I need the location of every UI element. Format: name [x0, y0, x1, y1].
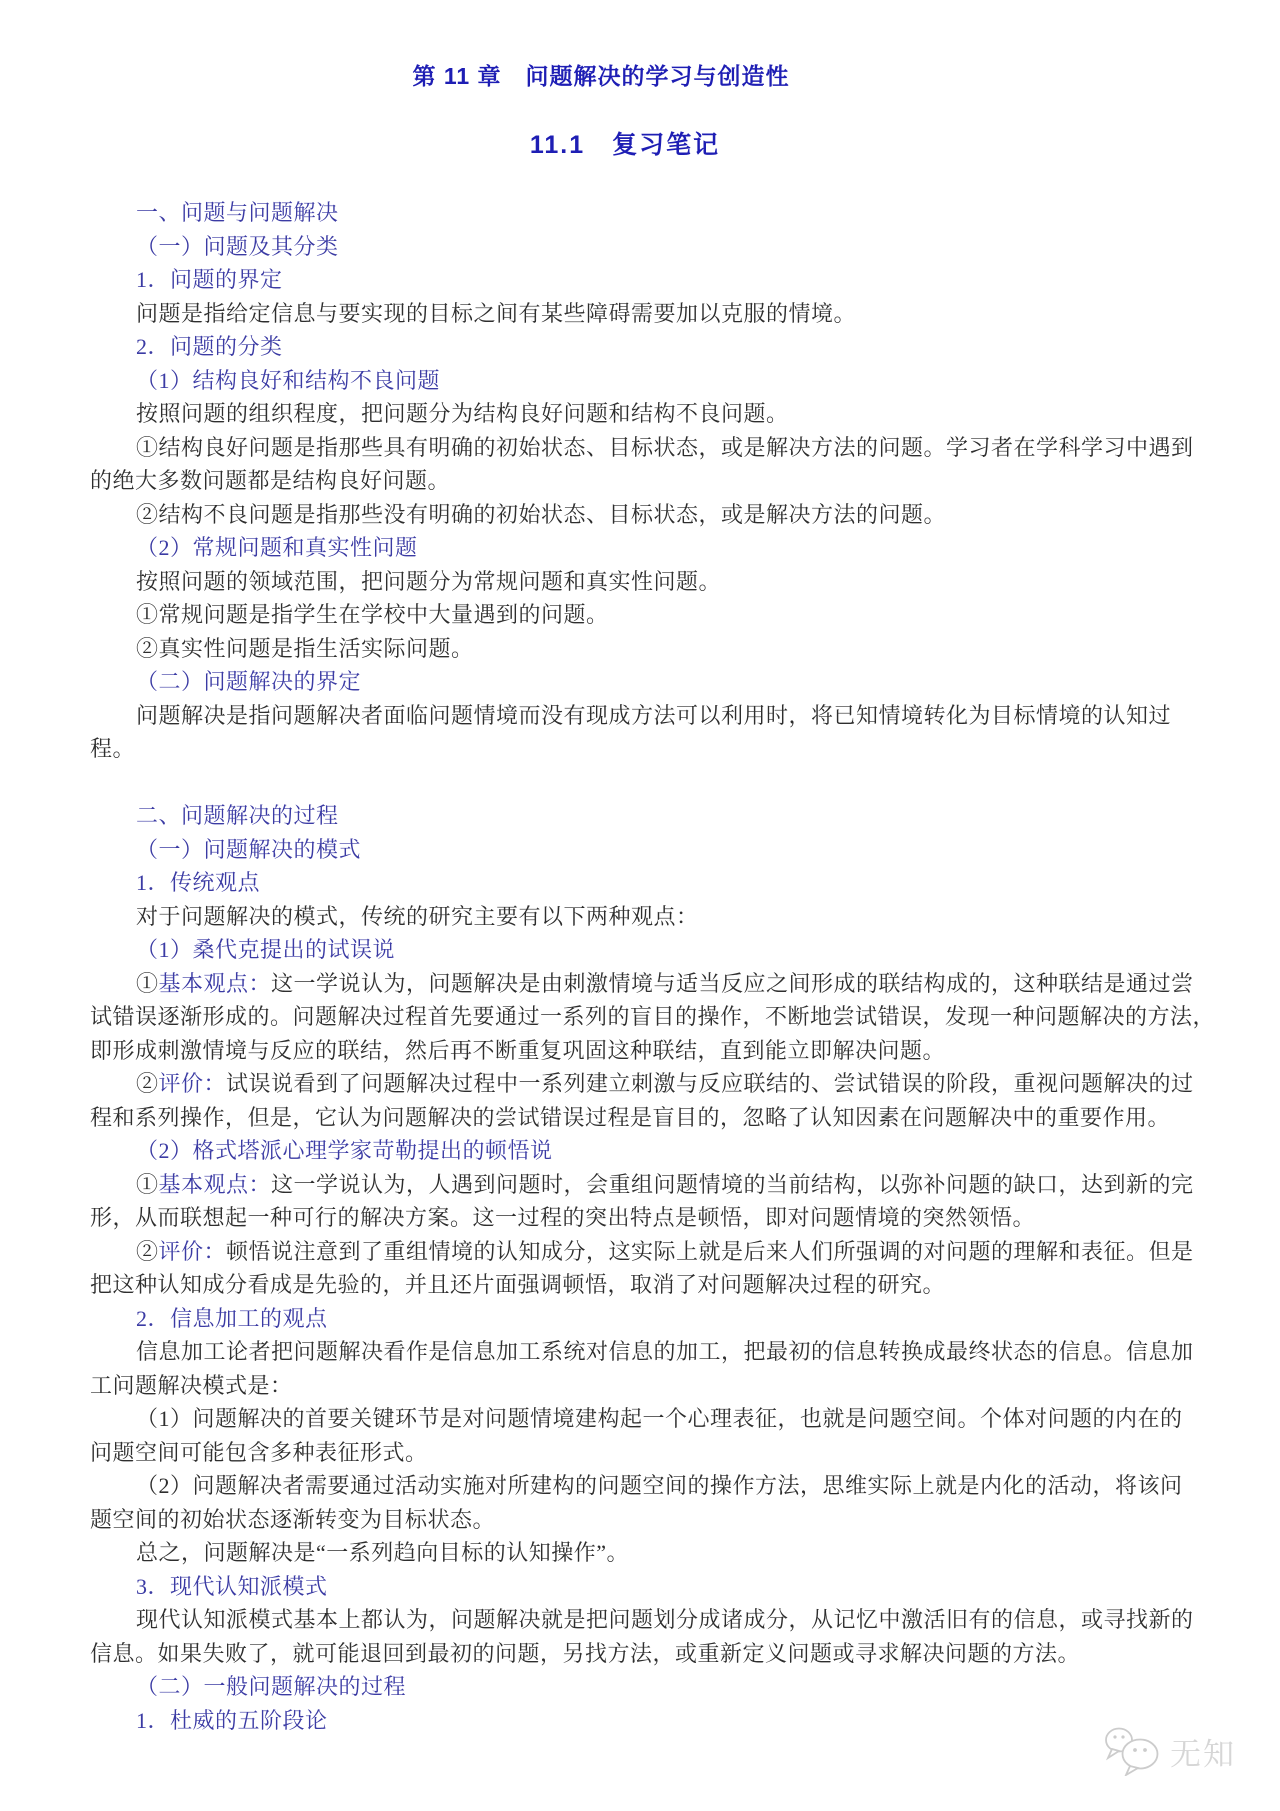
line-text: 按照问题的组织程度，把问题分为结构良好问题和结构不良问题。 [136, 401, 789, 426]
lead-label: 基本观点： [159, 1172, 272, 1197]
line-text: （2）格式塔派心理学家苛勒提出的顿悟说 [136, 1138, 553, 1163]
line-text: 信息。如果失败了，就可能退回到最初的问题，另找方法，或重新定义问题或寻求解决问题… [90, 1641, 1080, 1666]
line-text: 一、问题与问题解决 [136, 200, 339, 225]
line-text: ①常规问题是指学生在学校中大量遇到的问题。 [136, 602, 609, 627]
heading-line: （二）一般问题解决的过程 [0, 1670, 1280, 1704]
heading-line: 2．问题的分类 [0, 330, 1280, 364]
line-text: 按照问题的领域范围，把问题分为常规问题和真实性问题。 [136, 569, 721, 594]
text-line: ①结构良好问题是指那些具有明确的初始状态、目标状态，或是解决方法的问题。学习者在… [0, 431, 1280, 465]
line-text: （二）一般问题解决的过程 [136, 1674, 406, 1699]
text-line: ②评价：试误说看到了问题解决过程中一系列建立刺激与反应联结的、尝试错误的阶段，重… [0, 1067, 1280, 1101]
heading-line: （一）问题及其分类 [0, 230, 1280, 264]
line-text: 把这种认知成分看成是先验的，并且还片面强调顿悟，取消了对问题解决过程的研究。 [90, 1272, 945, 1297]
circled-number: ① [136, 971, 159, 996]
text-line: ②结构不良问题是指那些没有明确的初始状态、目标状态，或是解决方法的问题。 [0, 498, 1280, 532]
text-line: 程和系列操作，但是，它认为问题解决的尝试错误过程是盲目的，忽略了认知因素在问题解… [0, 1101, 1280, 1135]
line-text: 这一学说认为，问题解决是由刺激情境与适当反应之间形成的联结构成的，这种联结是通过… [271, 971, 1194, 996]
line-text: 问题解决是指问题解决者面临问题情境而没有现成方法可以利用时，将已知情境转化为目标… [136, 703, 1171, 728]
heading-line: 2．信息加工的观点 [0, 1302, 1280, 1336]
lead-label: 基本观点： [159, 971, 272, 996]
lead-label: 评价： [159, 1239, 227, 1264]
circled-number: ② [136, 1239, 159, 1264]
text-line: 形，从而联想起一种可行的解决方案。这一过程的突出特点是顿悟，即对问题情境的突然领… [0, 1201, 1280, 1235]
text-line: 对于问题解决的模式，传统的研究主要有以下两种观点： [0, 900, 1280, 934]
blank-line [0, 766, 1280, 800]
line-text: 1．杜威的五阶段论 [136, 1708, 328, 1733]
line-text: （2）常规问题和真实性问题 [136, 535, 418, 560]
text-line: 按照问题的领域范围，把问题分为常规问题和真实性问题。 [0, 565, 1280, 599]
line-text: 工问题解决模式是： [90, 1373, 293, 1398]
heading-line: 3．现代认知派模式 [0, 1570, 1280, 1604]
line-text: （一）问题解决的模式 [136, 837, 361, 862]
line-text: ①结构良好问题是指那些具有明确的初始状态、目标状态，或是解决方法的问题。学习者在… [136, 435, 1194, 460]
lead-label: 评价： [159, 1071, 227, 1096]
heading-line: 一、问题与问题解决 [0, 196, 1280, 230]
text-line: 工问题解决模式是： [0, 1369, 1280, 1403]
line-text: ②真实性问题是指生活实际问题。 [136, 636, 474, 661]
heading-line: （2）格式塔派心理学家苛勒提出的顿悟说 [0, 1134, 1280, 1168]
watermark-text: 无知 [1170, 1729, 1236, 1774]
text-line: 总之，问题解决是“一系列趋向目标的认知操作”。 [0, 1536, 1280, 1570]
line-text: 二、问题解决的过程 [136, 803, 339, 828]
line-text: 信息加工论者把问题解决看作是信息加工系统对信息的加工，把最初的信息转换成最终状态… [136, 1339, 1194, 1364]
line-text: 2．信息加工的观点 [136, 1306, 328, 1331]
text-line: 问题解决是指问题解决者面临问题情境而没有现成方法可以利用时，将已知情境转化为目标… [0, 699, 1280, 733]
line-text: 问题是指给定信息与要实现的目标之间有某些障碍需要加以克服的情境。 [136, 301, 856, 326]
heading-line: （1）结构良好和结构不良问题 [0, 364, 1280, 398]
line-text: 程。 [90, 736, 135, 761]
line-text: 1．问题的界定 [136, 267, 283, 292]
text-line: 即形成刺激情境与反应的联结，然后再不断重复巩固这种联结，直到能立即解决问题。 [0, 1034, 1280, 1068]
line-text: 问题空间可能包含多种表征形式。 [90, 1440, 428, 1465]
text-line: 试错误逐渐形成的。问题解决过程首先要通过一系列的盲目的操作，不断地尝试错误，发现… [0, 1000, 1280, 1034]
line-text: 1．传统观点 [136, 870, 260, 895]
line-text: 顿悟说注意到了重组情境的认知成分，这实际上就是后来人们所强调的对问题的理解和表征… [226, 1239, 1194, 1264]
watermark: 无知 [1103, 1726, 1236, 1776]
line-text: 程和系列操作，但是，它认为问题解决的尝试错误过程是盲目的，忽略了认知因素在问题解… [90, 1105, 1170, 1130]
text-line: 信息。如果失败了，就可能退回到最初的问题，另找方法，或重新定义问题或寻求解决问题… [0, 1637, 1280, 1671]
text-line: ①常规问题是指学生在学校中大量遇到的问题。 [0, 598, 1280, 632]
document-page: 第 11 章 问题解决的学习与创造性 11.1 复习笔记 一、问题与问题解决（一… [0, 0, 1280, 1811]
text-line: 题空间的初始状态逐渐转变为目标状态。 [0, 1503, 1280, 1537]
line-text: （二）问题解决的界定 [136, 669, 361, 694]
heading-line: 二、问题解决的过程 [0, 799, 1280, 833]
text-line: （2）问题解决者需要通过活动实施对所建构的问题空间的操作方法，思维实际上就是内化… [0, 1469, 1280, 1503]
text-line: 把这种认知成分看成是先验的，并且还片面强调顿悟，取消了对问题解决过程的研究。 [0, 1268, 1280, 1302]
line-text: ②结构不良问题是指那些没有明确的初始状态、目标状态，或是解决方法的问题。 [136, 502, 946, 527]
line-text: 形，从而联想起一种可行的解决方案。这一过程的突出特点是顿悟，即对问题情境的突然领… [90, 1205, 1035, 1230]
line-text: （1）结构良好和结构不良问题 [136, 368, 440, 393]
text-line: （1）问题解决的首要关键环节是对问题情境建构起一个心理表征，也就是问题空间。个体… [0, 1402, 1280, 1436]
heading-line: 1．问题的界定 [0, 263, 1280, 297]
line-text: （一）问题及其分类 [136, 234, 339, 259]
heading-line: （2）常规问题和真实性问题 [0, 531, 1280, 565]
heading-line: （1）桑代克提出的试误说 [0, 933, 1280, 967]
text-line: 问题空间可能包含多种表征形式。 [0, 1436, 1280, 1470]
heading-line: 1．杜威的五阶段论 [0, 1704, 1280, 1738]
line-text: （1）问题解决的首要关键环节是对问题情境建构起一个心理表征，也就是问题空间。个体… [136, 1406, 1183, 1431]
text-line: 问题是指给定信息与要实现的目标之间有某些障碍需要加以克服的情境。 [0, 297, 1280, 331]
chapter-title: 第 11 章 问题解决的学习与创造性 [412, 58, 789, 91]
line-text: 这一学说认为，人遇到问题时，会重组问题情境的当前结构，以弥补问题的缺口，达到新的… [271, 1172, 1194, 1197]
line-text: 3．现代认知派模式 [136, 1574, 328, 1599]
line-text: 试误说看到了问题解决过程中一系列建立刺激与反应联结的、尝试错误的阶段，重视问题解… [226, 1071, 1194, 1096]
line-text: 的绝大多数问题都是结构良好问题。 [90, 468, 450, 493]
text-line: 现代认知派模式基本上都认为，问题解决就是把问题划分成诸成分，从记忆中激活旧有的信… [0, 1603, 1280, 1637]
text-line: 按照问题的组织程度，把问题分为结构良好问题和结构不良问题。 [0, 397, 1280, 431]
text-line: 程。 [0, 732, 1280, 766]
text-line: ①基本观点：这一学说认为，人遇到问题时，会重组问题情境的当前结构，以弥补问题的缺… [0, 1168, 1280, 1202]
line-text: 总之，问题解决是“一系列趋向目标的认知操作”。 [136, 1540, 629, 1565]
chat-bubbles-icon [1103, 1726, 1161, 1776]
circled-number: ① [136, 1172, 159, 1197]
text-line: 信息加工论者把问题解决看作是信息加工系统对信息的加工，把最初的信息转换成最终状态… [0, 1335, 1280, 1369]
text-line: ②真实性问题是指生活实际问题。 [0, 632, 1280, 666]
text-line: ②评价：顿悟说注意到了重组情境的认知成分，这实际上就是后来人们所强调的对问题的理… [0, 1235, 1280, 1269]
heading-line: 1．传统观点 [0, 866, 1280, 900]
line-text: （2）问题解决者需要通过活动实施对所建构的问题空间的操作方法，思维实际上就是内化… [136, 1473, 1183, 1498]
line-text: 即形成刺激情境与反应的联结，然后再不断重复巩固这种联结，直到能立即解决问题。 [90, 1038, 945, 1063]
line-text: 对于问题解决的模式，传统的研究主要有以下两种观点： [136, 904, 699, 929]
text-line: ①基本观点：这一学说认为，问题解决是由刺激情境与适当反应之间形成的联结构成的，这… [0, 967, 1280, 1001]
heading-line: （二）问题解决的界定 [0, 665, 1280, 699]
line-text: 试错误逐渐形成的。问题解决过程首先要通过一系列的盲目的操作，不断地尝试错误，发现… [90, 1004, 1215, 1029]
document-body: 一、问题与问题解决（一）问题及其分类1．问题的界定问题是指给定信息与要实现的目标… [0, 196, 1280, 1737]
section-title: 11.1 复习笔记 [530, 125, 720, 161]
heading-line: （一）问题解决的模式 [0, 833, 1280, 867]
line-text: （1）桑代克提出的试误说 [136, 937, 395, 962]
circled-number: ② [136, 1071, 159, 1096]
line-text: 2．问题的分类 [136, 334, 283, 359]
text-line: 的绝大多数问题都是结构良好问题。 [0, 464, 1280, 498]
line-text: 题空间的初始状态逐渐转变为目标状态。 [90, 1507, 495, 1532]
line-text: 现代认知派模式基本上都认为，问题解决就是把问题划分成诸成分，从记忆中激活旧有的信… [136, 1607, 1194, 1632]
